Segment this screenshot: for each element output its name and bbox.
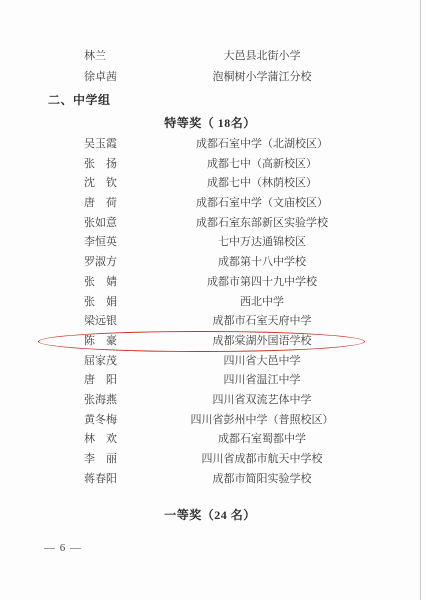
winner-row: 张 娟西北中学 (0, 293, 426, 313)
winner-school: 成都市石室天府中学 (120, 312, 404, 332)
winner-school: 西北中学 (120, 293, 404, 313)
document-page: 林兰大邑县北街小学徐卓茜泡桐树小学蒲江分校 二、中学组 特等奖（ 18名） 吴玉… (0, 0, 426, 600)
winner-name: 屈家茂 (84, 352, 117, 372)
winner-row: 李恒英七中万达通锦校区 (0, 233, 426, 253)
winner-school: 成都第十八中学校 (120, 253, 404, 273)
winner-school: 大邑县北街小学 (120, 46, 404, 67)
winner-row: 黄冬梅四川省彭州中学（普照校区） (0, 411, 426, 431)
winner-school: 四川省彭州中学（普照校区） (120, 411, 404, 431)
winner-name: 林兰 (84, 46, 106, 67)
winner-name: 蒋春阳 (84, 470, 117, 490)
winner-name: 张 婧 (84, 273, 117, 293)
winner-school: 泡桐树小学蒲江分校 (120, 67, 404, 88)
winner-school: 成都七中（林荫校区） (120, 174, 404, 194)
winner-name: 吴玉霞 (84, 135, 117, 155)
winner-name: 唐 阳 (84, 371, 117, 391)
winner-name: 张 娟 (84, 293, 117, 313)
winner-school: 成都石室东部新区实验学校 (120, 214, 404, 234)
winner-row: 林兰大邑县北街小学 (0, 46, 426, 67)
winner-school: 成都石室蜀都中学 (120, 430, 404, 450)
winner-name: 梁远银 (84, 312, 117, 332)
winner-row: 蒋春阳成都市简阳实验学校 (0, 470, 426, 490)
winner-name: 张海燕 (84, 391, 117, 411)
winner-row: 吴玉霞成都石室中学（北湖校区） (0, 135, 426, 155)
winner-school: 成都市第四十九中学校 (120, 273, 404, 293)
special-prize-winner-list: 吴玉霞成都石室中学（北湖校区）张 扬成都七中（高新校区）沈 钦成都七中（林荫校区… (0, 135, 426, 489)
winner-row: 张如意成都石室东部新区实验学校 (0, 214, 426, 234)
winner-school: 成都石室中学（文庙校区） (120, 194, 404, 214)
winner-school: 成都棠湖外国语学校 (120, 332, 404, 352)
award-heading-special-prize: 特等奖（ 18名） (0, 114, 420, 132)
winner-name: 黄冬梅 (84, 411, 117, 431)
winner-school: 四川省成都市航天中学校 (120, 450, 404, 470)
winner-name: 罗淑方 (84, 253, 117, 273)
winner-row: 唐 荷成都石室中学（文庙校区） (0, 194, 426, 214)
winner-row: 李 丽四川省成都市航天中学校 (0, 450, 426, 470)
page-number: — 6 — (44, 540, 82, 556)
page-edge-line (420, 0, 421, 600)
winner-name: 林 欢 (84, 430, 117, 450)
winner-school: 成都市简阳实验学校 (120, 470, 404, 490)
winner-row: 梁远银成都市石室天府中学 (0, 312, 426, 332)
winner-school: 四川省温江中学 (120, 371, 404, 391)
winner-name: 陈 豪 (84, 332, 117, 352)
winner-row: 林 欢成都石室蜀都中学 (0, 430, 426, 450)
winner-name: 李恒英 (84, 233, 117, 253)
section-title-middle-school-group: 二、中学组 (48, 91, 111, 109)
winner-school: 七中万达通锦校区 (120, 233, 404, 253)
winner-school: 成都石室中学（北湖校区） (120, 135, 404, 155)
winner-row: 张海燕四川省双流艺体中学 (0, 391, 426, 411)
award-heading-first-prize: 一等奖（24 名） (0, 506, 420, 524)
winner-row: 唐 阳四川省温江中学 (0, 371, 426, 391)
winner-row: 罗淑方成都第十八中学校 (0, 253, 426, 273)
winner-school: 四川省双流艺体中学 (120, 391, 404, 411)
winner-row: 张 婧成都市第四十九中学校 (0, 273, 426, 293)
winner-name: 李 丽 (84, 450, 117, 470)
winner-name: 张 扬 (84, 155, 117, 175)
winner-name: 唐 荷 (84, 194, 117, 214)
winner-name: 沈 钦 (84, 174, 117, 194)
winner-school: 四川省大邑中学 (120, 352, 404, 372)
winner-name: 张如意 (84, 214, 117, 234)
winner-row: 徐卓茜泡桐树小学蒲江分校 (0, 67, 426, 88)
winner-name: 徐卓茜 (84, 67, 117, 88)
winner-row: 张 扬成都七中（高新校区） (0, 155, 426, 175)
winner-row: 屈家茂四川省大邑中学 (0, 352, 426, 372)
winner-row: 沈 钦成都七中（林荫校区） (0, 174, 426, 194)
winner-row: 陈 豪成都棠湖外国语学校 (0, 332, 426, 352)
primary-group-remainder-list: 林兰大邑县北街小学徐卓茜泡桐树小学蒲江分校 (0, 46, 426, 88)
winner-school: 成都七中（高新校区） (120, 155, 404, 175)
